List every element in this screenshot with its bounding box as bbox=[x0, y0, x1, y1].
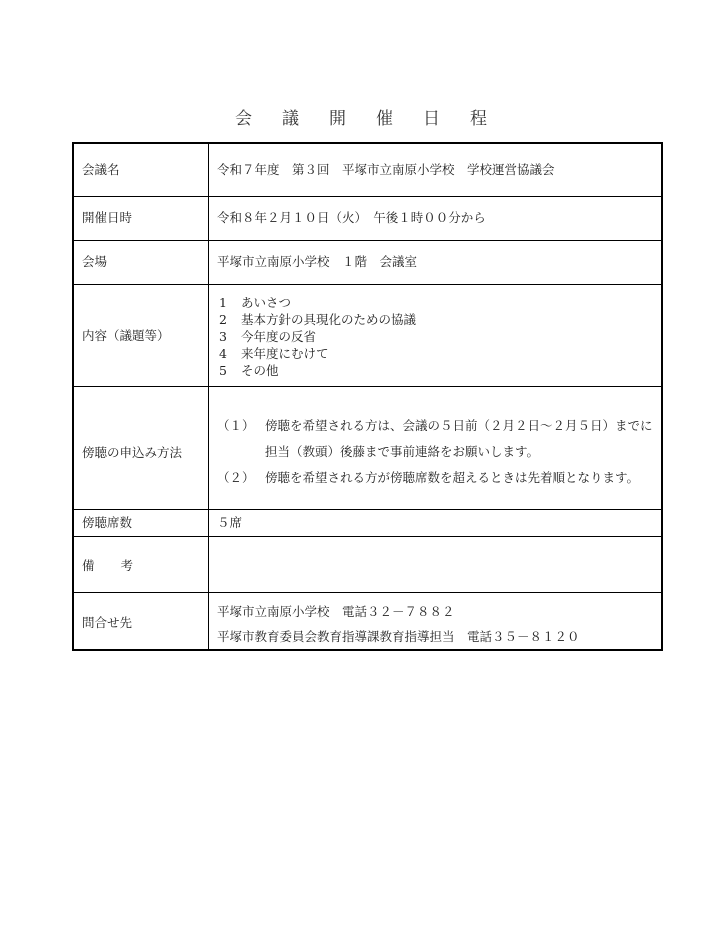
contact-line: 平塚市立南原小学校 電話３２－７８８２ bbox=[217, 599, 655, 624]
agenda-item-text: 基本方針の具現化のための協議 bbox=[241, 311, 416, 328]
agenda-label: 内容（議題等） bbox=[73, 285, 209, 387]
application-item: （２） 傍聴を希望される方が傍聴席数を超えるときは先着順となります。 bbox=[217, 465, 655, 491]
notes-value bbox=[209, 537, 663, 593]
agenda-item-text: その他 bbox=[241, 362, 279, 379]
agenda-item-text: 今年度の反省 bbox=[241, 328, 316, 345]
datetime-label: 開催日時 bbox=[73, 197, 209, 241]
title-char: 催 bbox=[376, 104, 393, 129]
venue-value: 平塚市立南原小学校 １階 会議室 bbox=[209, 241, 663, 285]
table-row-notes: 備考 bbox=[73, 537, 662, 593]
seats-label: 傍聴席数 bbox=[73, 510, 209, 537]
title-char: 会 bbox=[235, 104, 252, 129]
agenda-item-text: あいさつ bbox=[241, 294, 291, 311]
agenda-item-number: 1 bbox=[217, 294, 241, 311]
meeting-name-value: 令和７年度 第３回 平塚市立南原小学校 学校運営協議会 bbox=[209, 143, 663, 197]
application-item-number: （１） bbox=[217, 413, 265, 465]
page-title: 会議開催日程 bbox=[0, 104, 722, 129]
application-item: （１） 傍聴を希望される方は、会議の５日前（２月２日～２月５日）までに担当（教頭… bbox=[217, 413, 655, 465]
meeting-name-label: 会議名 bbox=[73, 143, 209, 197]
application-method-list: （１） 傍聴を希望される方は、会議の５日前（２月２日～２月５日）までに担当（教頭… bbox=[209, 387, 663, 510]
venue-label: 会場 bbox=[73, 241, 209, 285]
agenda-item-number: 5 bbox=[217, 362, 241, 379]
agenda-item: 5 その他 bbox=[217, 362, 655, 379]
application-item-text: 傍聴を希望される方が傍聴席数を超えるときは先着順となります。 bbox=[265, 465, 655, 491]
title-char: 開 bbox=[329, 104, 346, 129]
title-char: 程 bbox=[470, 104, 487, 129]
agenda-item: 3 今年度の反省 bbox=[217, 328, 655, 345]
table-row-venue: 会場 平塚市立南原小学校 １階 会議室 bbox=[73, 241, 662, 285]
contact-line: 平塚市教育委員会教育指導課教育指導担当 電話３５－８１２０ bbox=[217, 624, 655, 649]
title-char: 日 bbox=[423, 104, 440, 129]
table-row-datetime: 開催日時 令和８年２月１０日（火） 午後１時００分から bbox=[73, 197, 662, 241]
agenda-item: 1 あいさつ bbox=[217, 294, 655, 311]
notes-label: 備考 bbox=[73, 537, 209, 593]
contact-list: 平塚市立南原小学校 電話３２－７８８２ 平塚市教育委員会教育指導課教育指導担当 … bbox=[209, 593, 663, 651]
agenda-item: 2 基本方針の具現化のための協議 bbox=[217, 311, 655, 328]
seats-value: ５席 bbox=[209, 510, 663, 537]
agenda-list: 1 あいさつ 2 基本方針の具現化のための協議 3 今年度の反省 4 来年度にむ… bbox=[209, 285, 663, 387]
table-row-contact: 問合せ先 平塚市立南原小学校 電話３２－７８８２ 平塚市教育委員会教育指導課教育… bbox=[73, 593, 662, 651]
agenda-item-number: 2 bbox=[217, 311, 241, 328]
application-item-number: （２） bbox=[217, 465, 265, 491]
meeting-schedule-table: 会議名 令和７年度 第３回 平塚市立南原小学校 学校運営協議会 開催日時 令和８… bbox=[72, 142, 663, 651]
notes-label-part: 考 bbox=[121, 558, 134, 574]
application-method-label: 傍聴の申込み方法 bbox=[73, 387, 209, 510]
agenda-item-number: 3 bbox=[217, 328, 241, 345]
notes-label-part: 備 bbox=[82, 558, 95, 574]
datetime-value: 令和８年２月１０日（火） 午後１時００分から bbox=[209, 197, 663, 241]
application-item-text: 傍聴を希望される方は、会議の５日前（２月２日～２月５日）までに担当（教頭）後藤ま… bbox=[265, 413, 655, 465]
contact-label: 問合せ先 bbox=[73, 593, 209, 651]
table-row-meeting-name: 会議名 令和７年度 第３回 平塚市立南原小学校 学校運営協議会 bbox=[73, 143, 662, 197]
agenda-item-text: 来年度にむけて bbox=[241, 345, 329, 362]
agenda-item-number: 4 bbox=[217, 345, 241, 362]
title-char: 議 bbox=[282, 104, 299, 129]
table-row-agenda: 内容（議題等） 1 あいさつ 2 基本方針の具現化のための協議 3 今年度の反省… bbox=[73, 285, 662, 387]
table-row-seats: 傍聴席数 ５席 bbox=[73, 510, 662, 537]
agenda-item: 4 来年度にむけて bbox=[217, 345, 655, 362]
table-row-application-method: 傍聴の申込み方法 （１） 傍聴を希望される方は、会議の５日前（２月２日～２月５日… bbox=[73, 387, 662, 510]
